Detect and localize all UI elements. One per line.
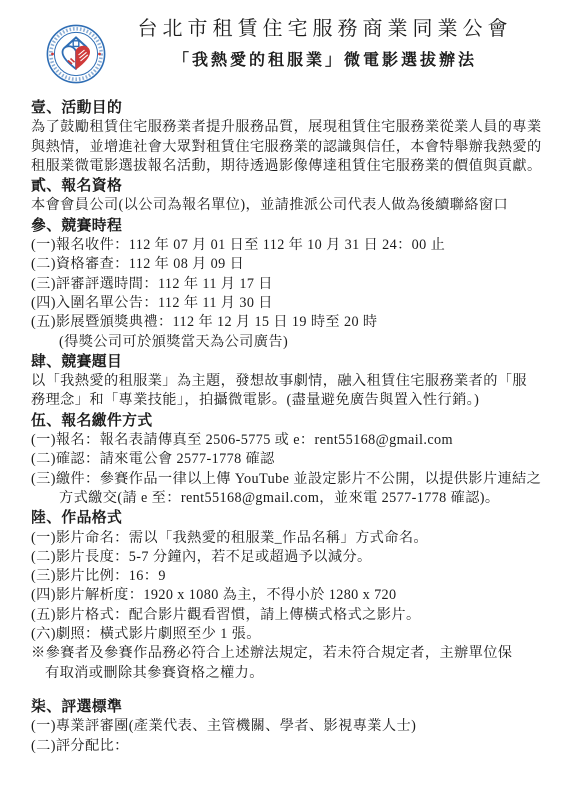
doc-line: 本會會員公司(以公司為報名單位)，並請推派公司代表人做為後續聯絡窗口 xyxy=(31,196,538,215)
section-heading: 陸、作品格式 xyxy=(31,508,538,528)
doc-line: 為了鼓勵租賃住宅服務業者提升服務品質，展現租賃住宅服務業從業人員的專業 xyxy=(31,118,538,137)
doc-line: (一)專業評審團(產業代表、主管機關、學者、影視專業人士) xyxy=(31,717,538,736)
title-block: 台北市租賃住宅服務商業同業公會 「我熱愛的租服業」微電影選拔辦法 xyxy=(110,12,540,70)
doc-line: 方式繳交(請 e 至：rent55168@gmail.com，並來電 2577-… xyxy=(31,489,538,508)
document-page: 台北市租賃住宅服務商業同業公會 「我熱愛的租服業」微電影選拔辦法 壹、活動目的為… xyxy=(0,0,566,800)
association-logo xyxy=(46,24,106,84)
doc-line: (二)影片長度：5-7 分鐘內，若不足或超過予以減分。 xyxy=(31,548,538,567)
section-heading: 伍、報名繳件方式 xyxy=(31,411,538,431)
doc-line: (五)影片格式：配合影片觀看習慣，請上傳橫式格式之影片。 xyxy=(31,606,538,625)
section-heading: 壹、活動目的 xyxy=(31,98,538,118)
doc-line: 有取消或刪除其參賽資格之權力。 xyxy=(31,664,538,683)
doc-line: (一)報名：報名表請傳真至 2506-5775 或 e：rent55168@gm… xyxy=(31,431,538,450)
doc-line: 租服業微電影選拔報名活動，期待透過影像傳達租賃住宅服務業的價值與貢獻。 xyxy=(31,157,538,176)
doc-line: (六)劇照：橫式影片劇照至少 1 張。 xyxy=(31,625,538,644)
section-heading: 柒、評選標準 xyxy=(31,697,538,717)
doc-line: (一)影片命名：需以「我熱愛的租服業_作品名稱」方式命名。 xyxy=(31,529,538,548)
logo-right-star xyxy=(98,53,101,56)
page-title: 「我熱愛的租服業」微電影選拔辦法 xyxy=(110,47,540,70)
doc-line: (三)評審評選時間：112 年 11 月 17 日 xyxy=(31,275,538,294)
doc-line: (五)影展暨頒獎典禮：112 年 12 月 15 日 19 時至 20 時 xyxy=(31,313,538,332)
doc-line: 與熱情，並增進社會大眾對租賃住宅服務業的認識與信任，本會特舉辦我熱愛的 xyxy=(31,138,538,157)
doc-line: ※參賽者及參賽作品務必符合上述辦法規定，若未符合規定者，主辦單位保 xyxy=(31,644,538,663)
doc-line: (二)評分配比： xyxy=(31,737,538,756)
document-header: 台北市租賃住宅服務商業同業公會 「我熱愛的租服業」微電影選拔辦法 xyxy=(0,0,566,96)
doc-line: (三)繳件：參賽作品一律以上傳 YouTube 並設定影片不公開，以提供影片連結… xyxy=(31,470,538,489)
house-door-icon xyxy=(73,41,79,47)
logo-left-star xyxy=(51,53,54,56)
section-heading: 貳、報名資格 xyxy=(31,176,538,196)
doc-line: 務理念」和「專業技能」，拍攝微電影。(盡量避免廣告與置入性行銷。) xyxy=(31,391,538,410)
doc-line: (四)影片解析度：1920 x 1080 為主，不得小於 1280 x 720 xyxy=(31,586,538,605)
section-heading: 肆、競賽題目 xyxy=(31,352,538,372)
doc-line: (三)影片比例：16：9 xyxy=(31,567,538,586)
association-logo-icon xyxy=(46,24,106,84)
doc-line: (二)資格審查：112 年 08 月 09 日 xyxy=(31,255,538,274)
organization-name: 台北市租賃住宅服務商業同業公會 xyxy=(110,12,540,41)
document-body: 壹、活動目的為了鼓勵租賃住宅服務業者提升服務品質，展現租賃住宅服務業從業人員的專… xyxy=(0,96,566,756)
section-heading: 參、競賽時程 xyxy=(31,216,538,236)
doc-line: (四)入圍名單公告：112 年 11 月 30 日 xyxy=(31,294,538,313)
doc-line: (二)確認：請來電公會 2577-1778 確認 xyxy=(31,450,538,469)
doc-line: 以「我熱愛的租服業」為主題，發想故事劇情，融入租賃住宅服務業者的「服 xyxy=(31,372,538,391)
doc-line: (得獎公司可於頒獎當天為公司廣告) xyxy=(31,333,538,352)
doc-line: (一)報名收件：112 年 07 月 01 日至 112 年 10 月 31 日… xyxy=(31,236,538,255)
blank-line xyxy=(31,683,538,697)
